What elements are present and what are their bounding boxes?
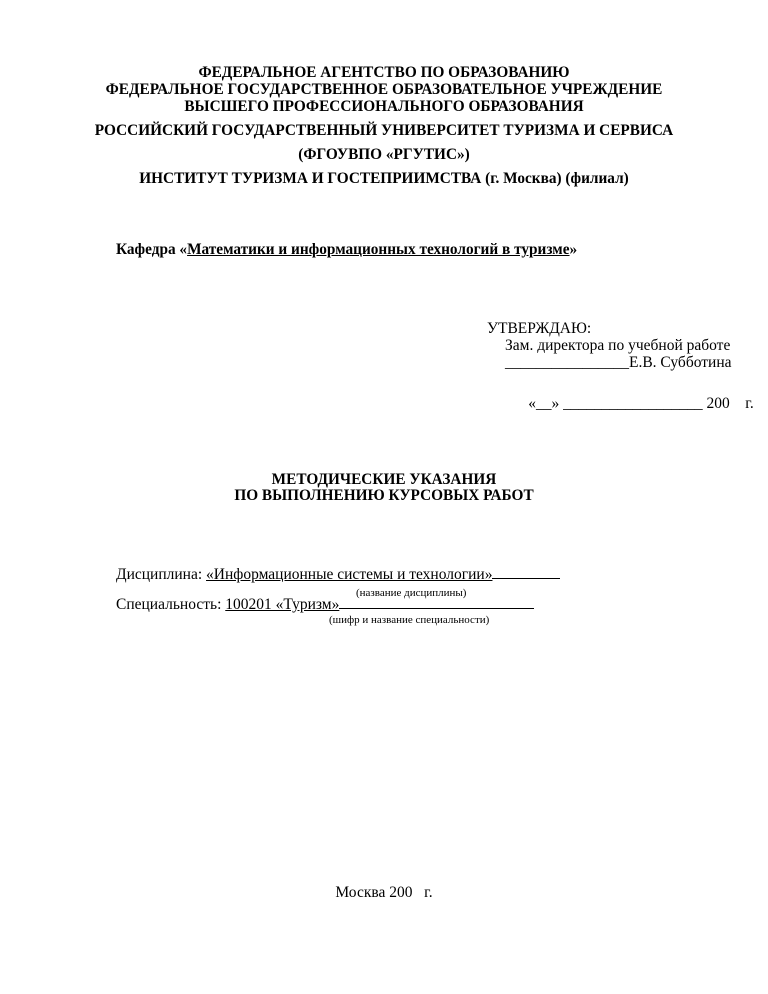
title-line-1: МЕТОДИЧЕСКИЕ УКАЗАНИЯ xyxy=(0,471,768,488)
discipline-line: Дисциплина: «Информационные системы и те… xyxy=(116,566,560,584)
title-line-2: ПО ВЫПОЛНЕНИЮ КУРСОВЫХ РАБОТ xyxy=(0,487,768,504)
approval-date: «__» __________________ 200 г. xyxy=(505,377,754,431)
date-line: __________________ xyxy=(563,395,703,412)
approval-signer: Е.В. Субботина xyxy=(629,354,732,371)
specialty-underline xyxy=(339,608,534,609)
department-suffix: » xyxy=(570,241,578,258)
signature-line: ________________ xyxy=(505,354,629,371)
footer-city-year: Москва 200 г. xyxy=(0,884,768,902)
date-day: «__» xyxy=(528,395,563,412)
header-line-agency: ФЕДЕРАЛЬНОЕ АГЕНТСТВО ПО ОБРАЗОВАНИЮ xyxy=(0,64,768,81)
header-line-institution-type: ФЕДЕРАЛЬНОЕ ГОСУДАРСТВЕННОЕ ОБРАЗОВАТЕЛЬ… xyxy=(0,81,768,98)
department-line: Кафедра «Математики и информационных тех… xyxy=(116,241,577,258)
specialty-value: 100201 «Туризм» xyxy=(225,596,339,613)
specialty-line: Специальность: 100201 «Туризм» xyxy=(116,596,534,614)
approval-title: УТВЕРЖДАЮ: xyxy=(487,320,591,338)
header-line-institute: ИНСТИТУТ ТУРИЗМА И ГОСТЕПРИИМСТВА (г. Мо… xyxy=(0,170,768,187)
department-prefix: Кафедра « xyxy=(116,241,187,258)
discipline-underline xyxy=(492,578,560,579)
discipline-value: «Информационные системы и технологии» xyxy=(206,566,492,583)
date-year: 200 г. xyxy=(703,395,754,412)
header-line-abbreviation: (ФГОУВПО «РГУТИС») xyxy=(0,146,768,163)
approval-position: Зам. директора по учебной работе xyxy=(505,337,730,355)
specialty-caption: (шифр и название специальности) xyxy=(329,614,489,626)
discipline-label: Дисциплина: xyxy=(116,566,206,583)
specialty-label: Специальность: xyxy=(116,596,225,613)
header-line-university: РОССИЙСКИЙ ГОСУДАРСТВЕННЫЙ УНИВЕРСИТЕТ Т… xyxy=(0,122,768,139)
approval-signature: ________________Е.В. Субботина xyxy=(505,354,732,372)
header-line-education-level: ВЫСШЕГО ПРОФЕССИОНАЛЬНОГО ОБРАЗОВАНИЯ xyxy=(0,98,768,115)
department-name: Математики и информационных технологий в… xyxy=(187,241,569,258)
